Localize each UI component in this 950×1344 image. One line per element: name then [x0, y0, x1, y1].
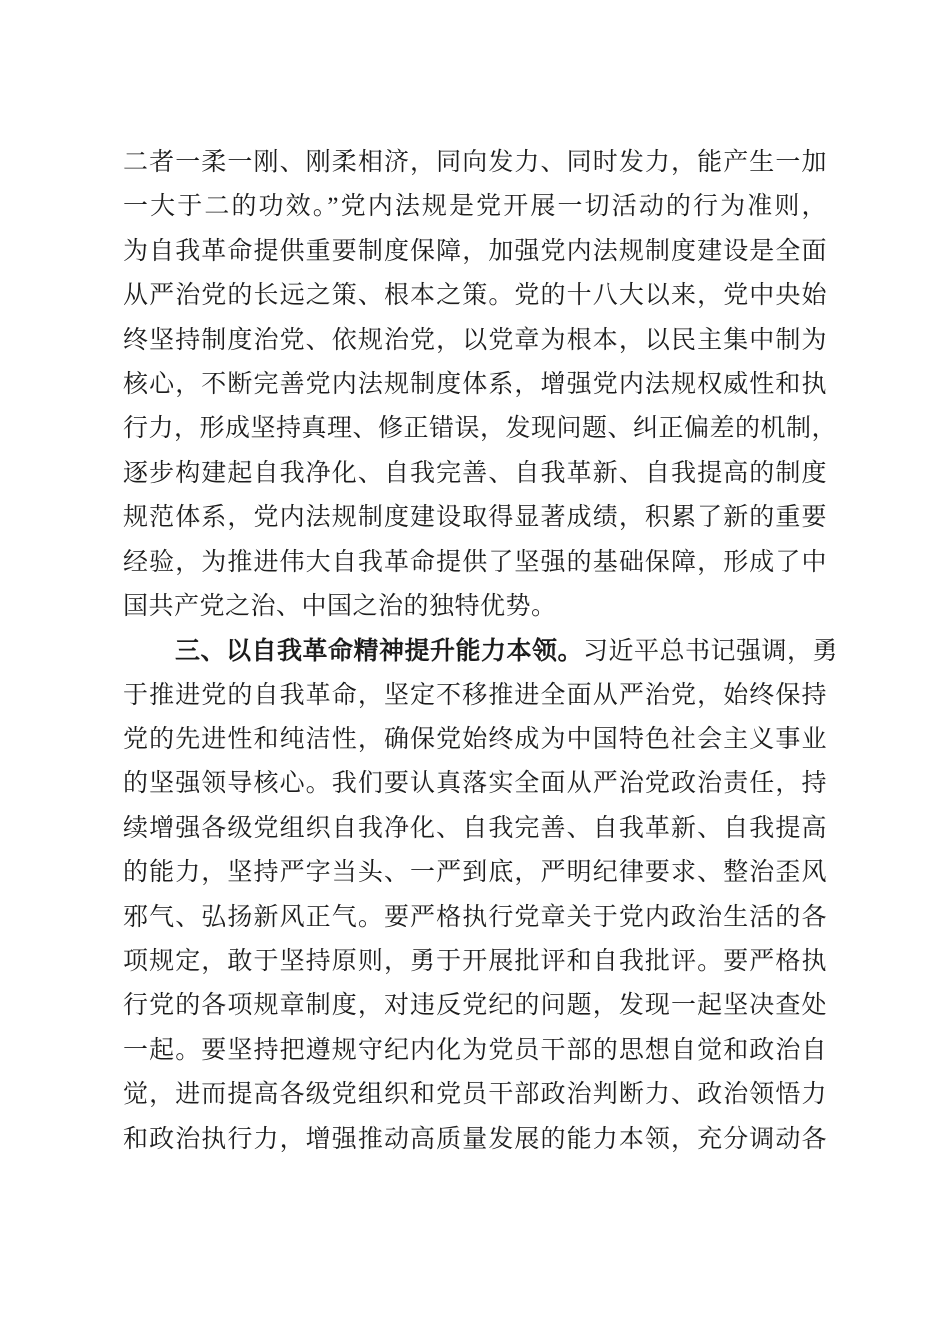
- paragraph-last-line: 国共产党之治、中国之治的独特优势。: [123, 585, 827, 629]
- paragraph-line: 行力，形成坚持真理、修正错误，发现问题、纠正偏差的机制，: [123, 407, 827, 451]
- paragraph-line: 和政治执行力，增强推动高质量发展的能力本领，充分调动各: [123, 1118, 827, 1162]
- paragraph-line: 于推进党的自我革命，坚定不移推进全面从严治党，始终保持: [123, 674, 827, 718]
- paragraph-line: 经验，为推进伟大自我革命提供了坚强的基础保障，形成了中: [123, 541, 827, 585]
- paragraph-line: 为自我革命提供重要制度保障，加强党内法规制度建设是全面: [123, 230, 827, 274]
- heading-continuation-text: 习近平总书记强调，勇: [583, 638, 838, 665]
- paragraph-line: 的能力，坚持严字当头、一严到底，严明纪律要求、整治歪风: [123, 851, 827, 895]
- paragraph-line: 觉，进而提高各级党组织和党员干部政治判断力、政治领悟力: [123, 1073, 827, 1117]
- paragraph-line: 规范体系，党内法规制度建设取得显著成绩，积累了新的重要: [123, 496, 827, 540]
- text-column: 二者一柔一刚、刚柔相济，同向发力、同时发力，能产生一加 一大于二的功效。”党内法…: [123, 141, 827, 1162]
- paragraph-line: 续增强各级党组织自我净化、自我完善、自我革新、自我提高: [123, 807, 827, 851]
- paragraph-line: 一大于二的功效。”党内法规是党开展一切活动的行为准则，: [123, 185, 827, 229]
- paragraph-line: 二者一柔一刚、刚柔相济，同向发力、同时发力，能产生一加: [123, 141, 827, 185]
- section-heading: 三、以自我革命精神提升能力本领。: [175, 637, 583, 665]
- paragraph-line: 终坚持制度治党、依规治党，以党章为根本，以民主集中制为: [123, 319, 827, 363]
- document-page: 二者一柔一刚、刚柔相济，同向发力、同时发力，能产生一加 一大于二的功效。”党内法…: [0, 0, 950, 1344]
- paragraph-line: 一起。要坚持把遵规守纪内化为党员干部的思想自觉和政治自: [123, 1029, 827, 1073]
- paragraph-line: 核心，不断完善党内法规制度体系，增强党内法规权威性和执: [123, 363, 827, 407]
- paragraph-line: 党的先进性和纯洁性，确保党始终成为中国特色社会主义事业: [123, 718, 827, 762]
- paragraph-line: 项规定，敢于坚持原则，勇于开展批评和自我批评。要严格执: [123, 940, 827, 984]
- paragraph-line: 行党的各项规章制度，对违反党纪的问题，发现一起坚决查处: [123, 984, 827, 1028]
- paragraph-line: 逐步构建起自我净化、自我完善、自我革新、自我提高的制度: [123, 452, 827, 496]
- paragraph-line: 从严治党的长远之策、根本之策。党的十八大以来，党中央始: [123, 274, 827, 318]
- paragraph-line: 邪气、弘扬新风正气。要严格执行党章关于党内政治生活的各: [123, 896, 827, 940]
- section-heading-line: 三、以自我革命精神提升能力本领。习近平总书记强调，勇: [123, 629, 827, 673]
- paragraph-line: 的坚强领导核心。我们要认真落实全面从严治党政治责任，持: [123, 762, 827, 806]
